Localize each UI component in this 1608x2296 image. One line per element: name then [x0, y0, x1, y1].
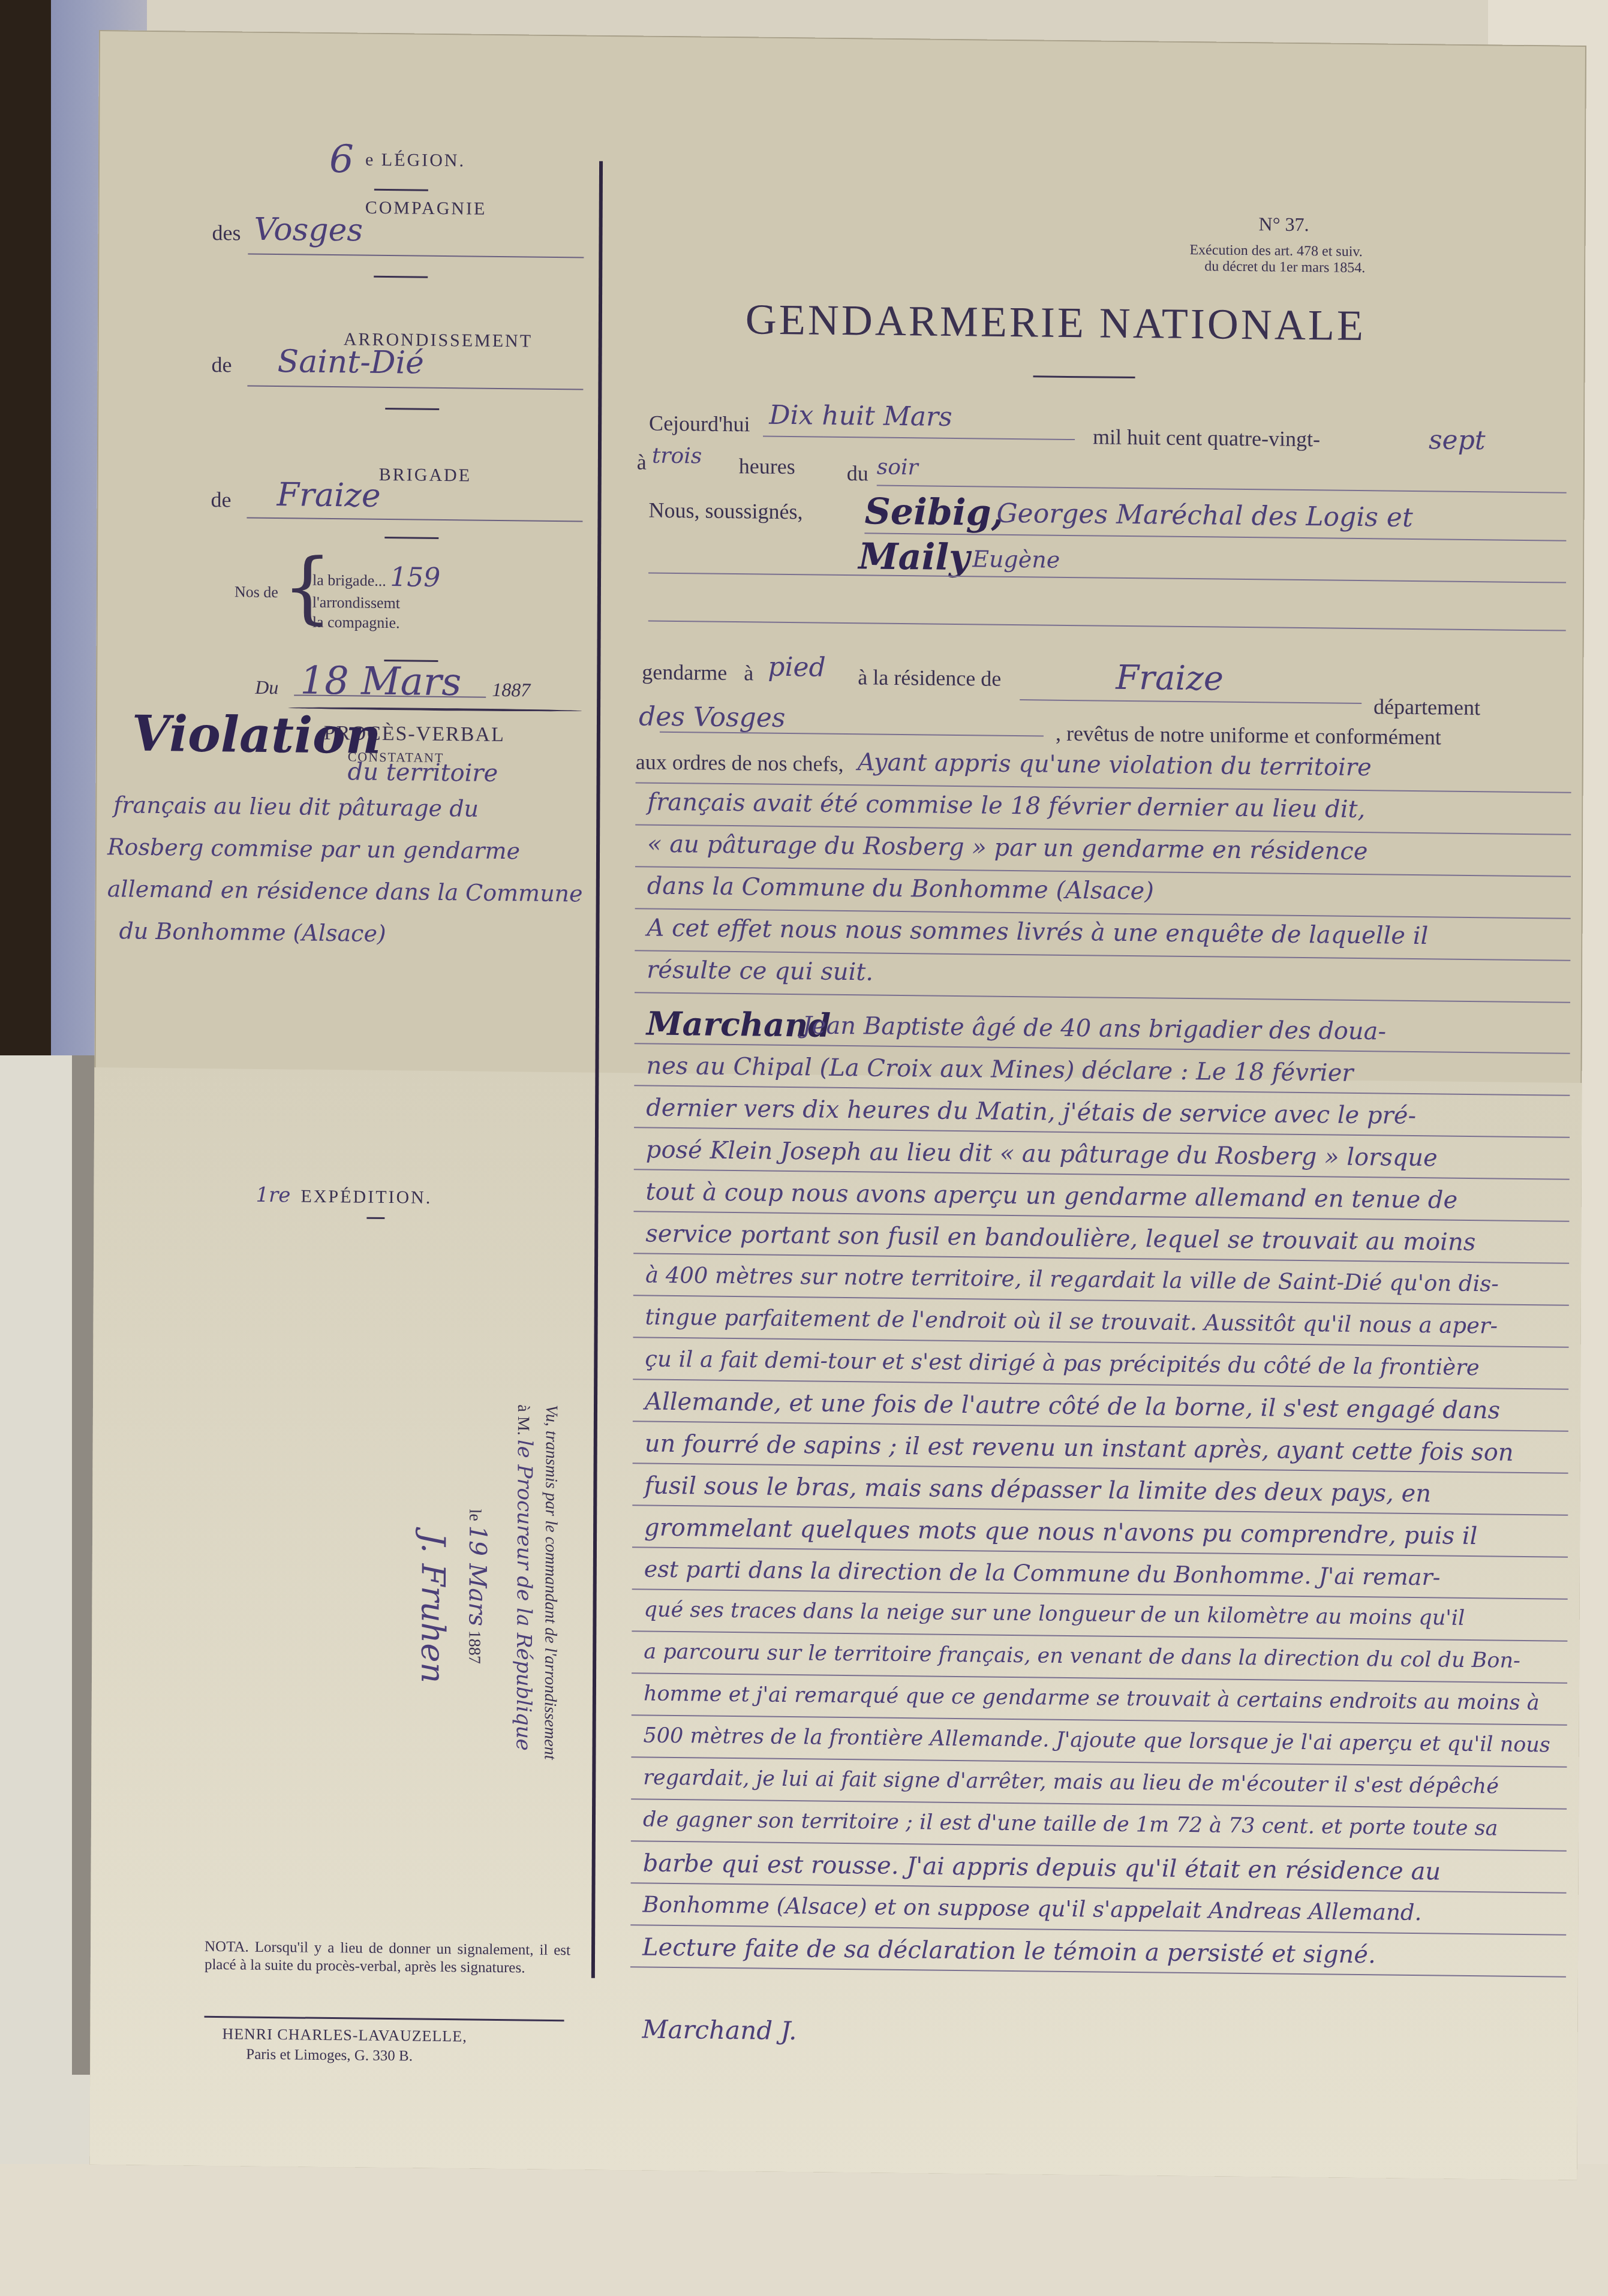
decree-line2: du décret du 1er mars 1854.: [1204, 258, 1365, 276]
departement-label: département: [1373, 694, 1480, 720]
name1-rest: Georges Maréchal des Logis et: [996, 498, 1412, 533]
title-underline: [1033, 375, 1135, 378]
brigade-value: Fraize: [276, 476, 380, 514]
name2-rest: Eugène: [972, 546, 1060, 573]
name1: Seibig,: [864, 491, 1003, 534]
compagnie-value: Vosges: [254, 212, 363, 249]
field-underline: [648, 621, 1566, 631]
a2-label: à: [744, 660, 753, 685]
document-sheet: 6 e LÉGION. COMPAGNIE des Vosges ARRONDI…: [89, 30, 1586, 2180]
body-line: Ayant appris qu'une violation du territo…: [858, 748, 1372, 781]
field-underline: [248, 254, 584, 258]
date-prefix: Du: [255, 676, 278, 699]
transmission-line1: Vu, transmis par le commandant de l'arro…: [540, 1405, 561, 1760]
field-underline: [648, 573, 1566, 583]
subject-title: Violation: [132, 705, 381, 765]
divider: [366, 1217, 384, 1219]
subject-line: Rosberg commise par un gendarme: [107, 833, 520, 864]
mount-written: pied: [768, 652, 826, 683]
divider: [374, 276, 428, 278]
witness-signature: Marchand J.: [642, 2015, 797, 2046]
body-line: dans la Commune du Bonhomme (Alsace): [647, 872, 1154, 905]
dept-written: des Vosges: [639, 701, 786, 733]
field-underline: [247, 517, 582, 522]
brigade-label: BRIGADE: [379, 465, 471, 486]
printer-line2: Paris et Limoges, G. 330 B.: [246, 2047, 413, 2065]
arrondissement-value: Saint-Dié: [277, 344, 424, 381]
divider: [384, 537, 438, 539]
divider: [374, 189, 428, 191]
revetus-label: , revêtus de notre uniforme et conformém…: [1056, 721, 1441, 750]
year-label: mil huit cent quatre-vingt-: [1093, 424, 1320, 452]
field-underline: [763, 436, 1075, 440]
left-column: 6 e LÉGION. COMPAGNIE des Vosges ARRONDI…: [99, 30, 1586, 46]
body-line: français avait été commise le 18 février…: [647, 789, 1365, 824]
transmission-line2: à M. le Procureur de la République: [512, 1404, 537, 1751]
gendarme-label: gendarme: [642, 659, 727, 685]
ruled-lines: [99, 30, 1586, 46]
period-written: soir: [877, 455, 918, 480]
subject-line: du territoire: [348, 758, 498, 787]
arrondissement-prefix: de: [211, 352, 232, 377]
page-title: GENDARMERIE NATIONALE: [746, 294, 1366, 351]
du-label: du: [847, 461, 868, 486]
date-value: 18 Mars: [300, 659, 461, 705]
background-dark-surface: [0, 0, 51, 1055]
statement-line: Jean Baptiste âgé de 40 ans brigadier de…: [803, 1012, 1386, 1045]
expedition-number: 1re: [256, 1183, 290, 1208]
body-line: A cet effet nous nous sommes livrés à un…: [647, 914, 1428, 950]
printer-line1: HENRI CHARLES-LAVAUZELLE,: [222, 2025, 467, 2045]
transmission-signature: J. Fruhen: [414, 1533, 452, 1684]
ordres-label: aux ordres de nos chefs,: [636, 749, 844, 777]
field-underline: [247, 386, 583, 390]
subject-line: français au lieu dit pâturage du: [113, 792, 479, 821]
nous-label: Nous, soussignés,: [648, 498, 803, 525]
expedition-label: EXPÉDITION.: [300, 1187, 432, 1208]
decree-line1: Exécution des art. 478 et suiv.: [1189, 242, 1362, 260]
legion-label: e LÉGION.: [365, 150, 465, 171]
form-number: N° 37.: [1259, 213, 1309, 236]
body-line: « au pâturage du Rosberg » par un gendar…: [647, 830, 1368, 866]
nota-text: NOTA. Lorsqu'il y a lieu de donner un si…: [205, 1938, 570, 1978]
residence-label: à la résidence de: [858, 664, 1001, 691]
compagnie-prefix: des: [212, 220, 241, 246]
year-written: sept: [1429, 425, 1486, 456]
subject-line: allemand en résidence dans la Commune: [107, 875, 583, 907]
cejourdhui-label: Cejourd'hui: [649, 411, 750, 437]
body-line: résulte ce qui suit.: [647, 956, 873, 986]
date-written: Dix huit Mars: [769, 400, 952, 432]
numbers-list: la brigade... 159 l'arrondissemt la comp…: [312, 560, 441, 633]
a-label: à: [637, 449, 647, 474]
subject-line: du Bonhomme (Alsace): [119, 917, 386, 947]
brigade-prefix: de: [211, 487, 231, 512]
name2: Maily: [858, 535, 970, 579]
number-brigade: la brigade... 159: [312, 560, 440, 594]
field-underline: [1020, 699, 1361, 704]
transmission-date: le 19 Mars 1887: [463, 1509, 491, 1664]
date-year: 1887: [492, 679, 530, 702]
compagnie-label: COMPAGNIE: [365, 198, 487, 219]
heures-label: heures: [739, 453, 795, 479]
field-underline: [660, 732, 1044, 737]
number-compagnie: la compagnie.: [312, 612, 440, 633]
legion-number: 6: [329, 137, 354, 182]
divider: [385, 408, 439, 410]
numbers-label: Nos de: [235, 583, 278, 601]
background-bottom: [0, 2164, 1608, 2296]
residence-written: Fraize: [1116, 658, 1224, 699]
number-arrondissement: l'arrondissemt: [312, 593, 440, 614]
hour-written: trois: [652, 444, 702, 469]
